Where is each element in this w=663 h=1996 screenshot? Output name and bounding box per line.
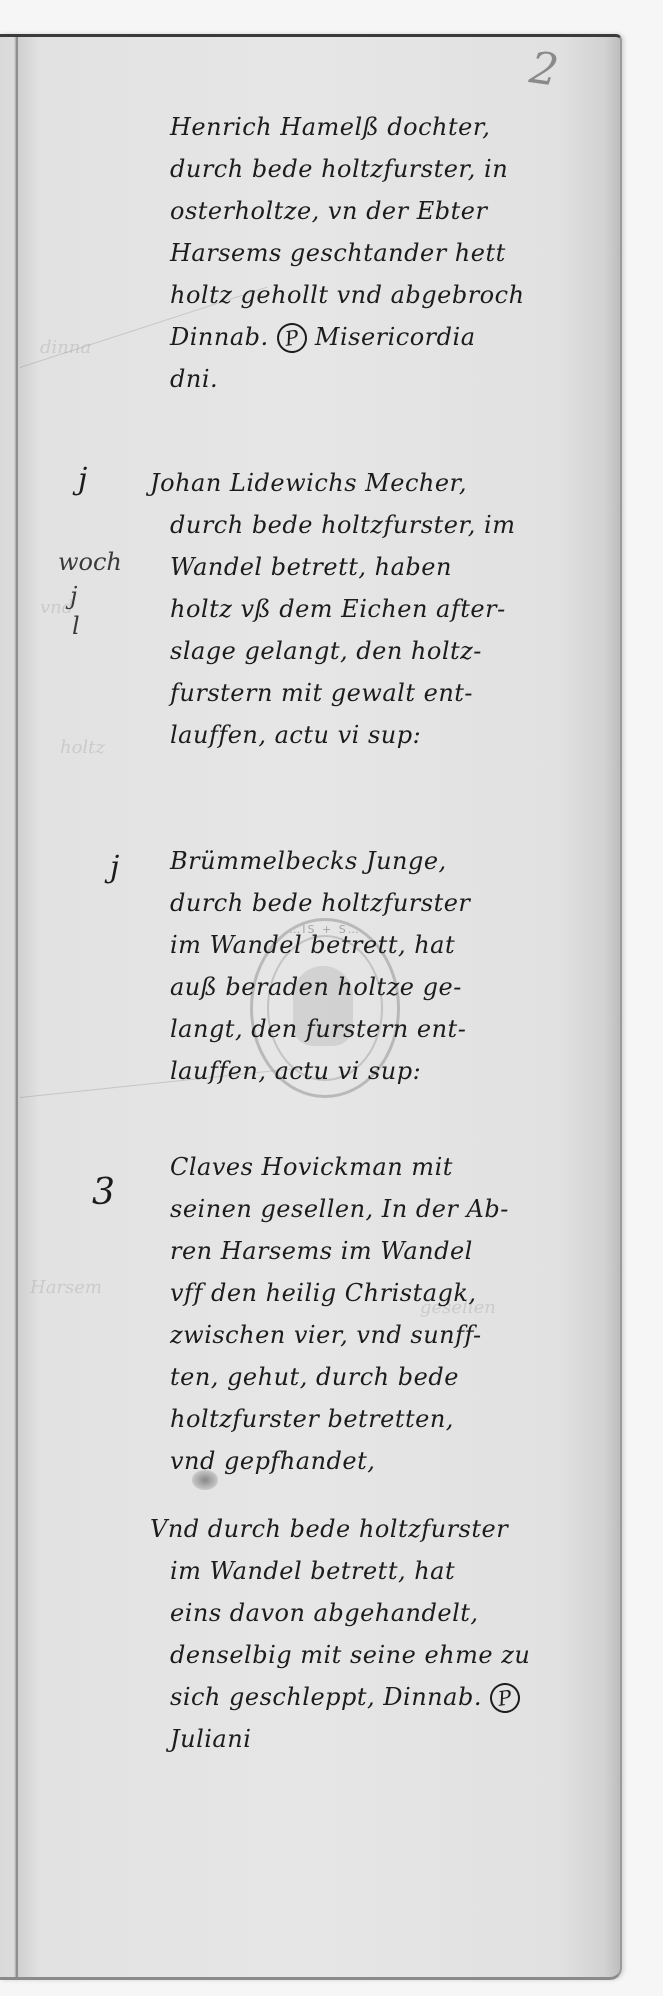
entry-line: durch bede holtzfurster xyxy=(170,882,610,924)
entry-5: Vnd durch bede holtzfurster im Wandel be… xyxy=(170,1508,610,1760)
entry-line: im Wandel betrett, hat xyxy=(170,924,610,966)
bleed-through-text: vnd xyxy=(40,597,73,618)
entry-line: durch bede holtzfurster, in xyxy=(170,148,610,190)
entry-line: Johan Lidewichs Mecher, xyxy=(150,462,610,504)
entry-line: sich geschleppt, Dinnab. P xyxy=(170,1676,610,1718)
entry-line: Dinnab. P Misericordia xyxy=(170,316,610,358)
binding-fold-line xyxy=(16,37,18,1977)
entry-line: vff den heilig Christagk, xyxy=(170,1272,610,1314)
entry-2: Johan Lidewichs Mecher, durch bede holtz… xyxy=(170,462,610,756)
entry-line: osterholtze, vn der Ebter xyxy=(170,190,610,232)
entry-line: lauffen, actu vi sup: xyxy=(170,714,610,756)
notary-sigil-icon: P xyxy=(488,1681,522,1715)
bleed-through-text: holtz xyxy=(60,737,105,758)
entry-line: holtz gehollt vnd abgebroch xyxy=(170,274,610,316)
entry-line: durch bede holtzfurster, im xyxy=(170,504,610,546)
entry-line: auß beraden holtze ge- xyxy=(170,966,610,1008)
notary-sigil-icon: P xyxy=(275,321,309,355)
entry-3: Brümmelbecks Junge, durch bede holtzfurs… xyxy=(170,840,610,1092)
margin-count: 3 xyxy=(92,1172,115,1213)
entry-line: zwischen vier, vnd sunff- xyxy=(170,1314,610,1356)
entry-4: Claves Hovickman mit seinen gesellen, In… xyxy=(170,1146,610,1482)
bleed-through-text: Harsem xyxy=(30,1277,102,1298)
margin-note: woch xyxy=(58,548,122,576)
entry-line: denselbig mit seine ehme zu xyxy=(170,1634,610,1676)
entry-line: holtz vß dem Eichen after- xyxy=(170,588,610,630)
entry-line: ren Harsems im Wandel xyxy=(170,1230,610,1272)
entry-line-text: Misericordia xyxy=(315,323,476,351)
margin-count: j xyxy=(110,850,119,885)
entry-1: Henrich Hamelß dochter, durch bede holtz… xyxy=(170,106,610,400)
entry-line-text: sich geschleppt, Dinnab. xyxy=(170,1683,490,1711)
entry-line-text: Dinnab. xyxy=(170,323,277,351)
entry-line: Claves Hovickman mit xyxy=(170,1146,610,1188)
ink-smudge xyxy=(192,1470,218,1490)
entry-line: Brümmelbecks Junge, xyxy=(170,840,610,882)
entry-line: im Wandel betrett, hat xyxy=(170,1550,610,1592)
entry-line: slage gelangt, den holtz- xyxy=(170,630,610,672)
entry-line: lauffen, actu vi sup: xyxy=(170,1050,610,1092)
entry-line: Vnd durch bede holtzfurster xyxy=(150,1508,610,1550)
bleed-through-text: dinna xyxy=(40,337,91,358)
entry-line: vnd gepfhandet, xyxy=(170,1440,610,1482)
margin-note: j xyxy=(70,582,77,610)
entry-line: holtzfurster betretten, xyxy=(170,1398,610,1440)
entry-line: ten, gehut, durch bede xyxy=(170,1356,610,1398)
entry-line: furstern mit gewalt ent- xyxy=(170,672,610,714)
entry-line: Wandel betrett, haben xyxy=(170,546,610,588)
entry-line: eins davon abgehandelt, xyxy=(170,1592,610,1634)
entry-line: langt, den furstern ent- xyxy=(170,1008,610,1050)
margin-note: l xyxy=(72,612,80,640)
entry-line: Henrich Hamelß dochter, xyxy=(170,106,610,148)
entry-line: Juliani xyxy=(170,1718,610,1760)
entry-line: seinen gesellen, In der Ab- xyxy=(170,1188,610,1230)
entry-line: dni. xyxy=(170,358,610,400)
margin-count: j xyxy=(78,462,87,497)
entry-line: Harsems geschtander hett xyxy=(170,232,610,274)
